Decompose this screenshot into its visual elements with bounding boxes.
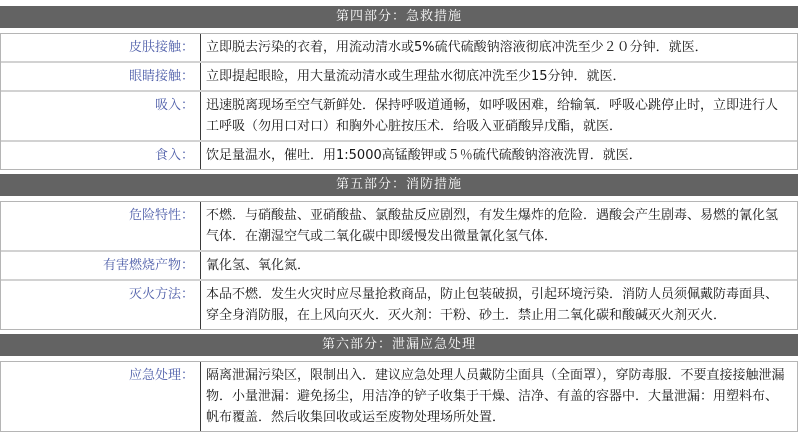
row-content: 不燃．与硝酸盐、亚硝酸盐、氯酸盐反应剧烈，有发生爆炸的危险．遇酸会产生剧毒、易燃… <box>201 202 797 250</box>
table-row: 应急处理： 隔离泄漏污染区，限制出入．建议应急处理人员戴防尘面具（全面罩），穿防… <box>1 362 797 431</box>
row-label: 灭火方法： <box>1 281 201 329</box>
section-title: 第四部分：急救措施 <box>336 9 462 24</box>
row-label: 应急处理： <box>1 362 201 431</box>
section-title: 第六部分：泄漏应急处理 <box>322 337 476 352</box>
row-label: 危险特性： <box>1 202 201 250</box>
row-content: 氰化氢、氧化氮． <box>201 252 797 279</box>
row-label: 眼睛接触： <box>1 63 201 90</box>
table-row: 灭火方法： 本品不燃．发生火灾时应尽量抢救商品，防止包装破损，引起环境污染．消防… <box>1 281 797 329</box>
table-row: 吸入： 迅速脱离现场至空气新鲜处．保持呼吸道通畅，如呼吸困难，给输氧．呼吸心跳停… <box>1 92 797 142</box>
section-header-bar: 第五部分：消防措施 <box>0 174 798 196</box>
section-rows: 皮肤接触： 立即脱去污染的衣着，用流动清水或5%硫代硫酸钠溶液彻底冲洗至少２０分… <box>0 33 798 170</box>
section-header-bar: 第四部分：急救措施 <box>0 6 798 28</box>
table-row: 危险特性： 不燃．与硝酸盐、亚硝酸盐、氯酸盐反应剧烈，有发生爆炸的危险．遇酸会产… <box>1 202 797 252</box>
section-rows: 危险特性： 不燃．与硝酸盐、亚硝酸盐、氯酸盐反应剧烈，有发生爆炸的危险．遇酸会产… <box>0 201 798 330</box>
table-row: 有害燃烧产物： 氰化氢、氧化氮． <box>1 252 797 281</box>
sections-root: 第四部分：急救措施 皮肤接触： 立即脱去污染的衣着，用流动清水或5%硫代硫酸钠溶… <box>0 6 798 432</box>
msds-document: 第四部分：急救措施 皮肤接触： 立即脱去污染的衣着，用流动清水或5%硫代硫酸钠溶… <box>0 0 798 432</box>
row-content: 饮足量温水，催吐．用1:5000高锰酸钾或５％硫代硫酸钠溶液洗胃．就医． <box>201 142 797 169</box>
row-content: 迅速脱离现场至空气新鲜处．保持呼吸道通畅，如呼吸困难，给输氧．呼吸心跳停止时，立… <box>201 92 797 140</box>
msds-section: 第五部分：消防措施 危险特性： 不燃．与硝酸盐、亚硝酸盐、氯酸盐反应剧烈，有发生… <box>0 174 798 330</box>
section-header-bar: 第六部分：泄漏应急处理 <box>0 334 798 356</box>
table-row: 皮肤接触： 立即脱去污染的衣着，用流动清水或5%硫代硫酸钠溶液彻底冲洗至少２０分… <box>1 34 797 63</box>
row-label: 有害燃烧产物： <box>1 252 201 279</box>
msds-section: 第六部分：泄漏应急处理 应急处理： 隔离泄漏污染区，限制出入．建议应急处理人员戴… <box>0 334 798 432</box>
row-label: 吸入： <box>1 92 201 140</box>
table-row: 食入： 饮足量温水，催吐．用1:5000高锰酸钾或５％硫代硫酸钠溶液洗胃．就医． <box>1 142 797 169</box>
row-label: 皮肤接触： <box>1 34 201 61</box>
row-content: 隔离泄漏污染区，限制出入．建议应急处理人员戴防尘面具（全面罩），穿防毒服．不要直… <box>201 362 797 431</box>
table-row: 眼睛接触： 立即提起眼睑，用大量流动清水或生理盐水彻底冲洗至少15分钟．就医． <box>1 63 797 92</box>
section-rows: 应急处理： 隔离泄漏污染区，限制出入．建议应急处理人员戴防尘面具（全面罩），穿防… <box>0 361 798 432</box>
row-content: 立即提起眼睑，用大量流动清水或生理盐水彻底冲洗至少15分钟．就医． <box>201 63 797 90</box>
row-label: 食入： <box>1 142 201 169</box>
row-content: 本品不燃．发生火灾时应尽量抢救商品，防止包装破损，引起环境污染．消防人员须佩戴防… <box>201 281 797 329</box>
section-title: 第五部分：消防措施 <box>336 177 462 192</box>
row-content: 立即脱去污染的衣着，用流动清水或5%硫代硫酸钠溶液彻底冲洗至少２０分钟．就医． <box>201 34 797 61</box>
msds-section: 第四部分：急救措施 皮肤接触： 立即脱去污染的衣着，用流动清水或5%硫代硫酸钠溶… <box>0 6 798 170</box>
